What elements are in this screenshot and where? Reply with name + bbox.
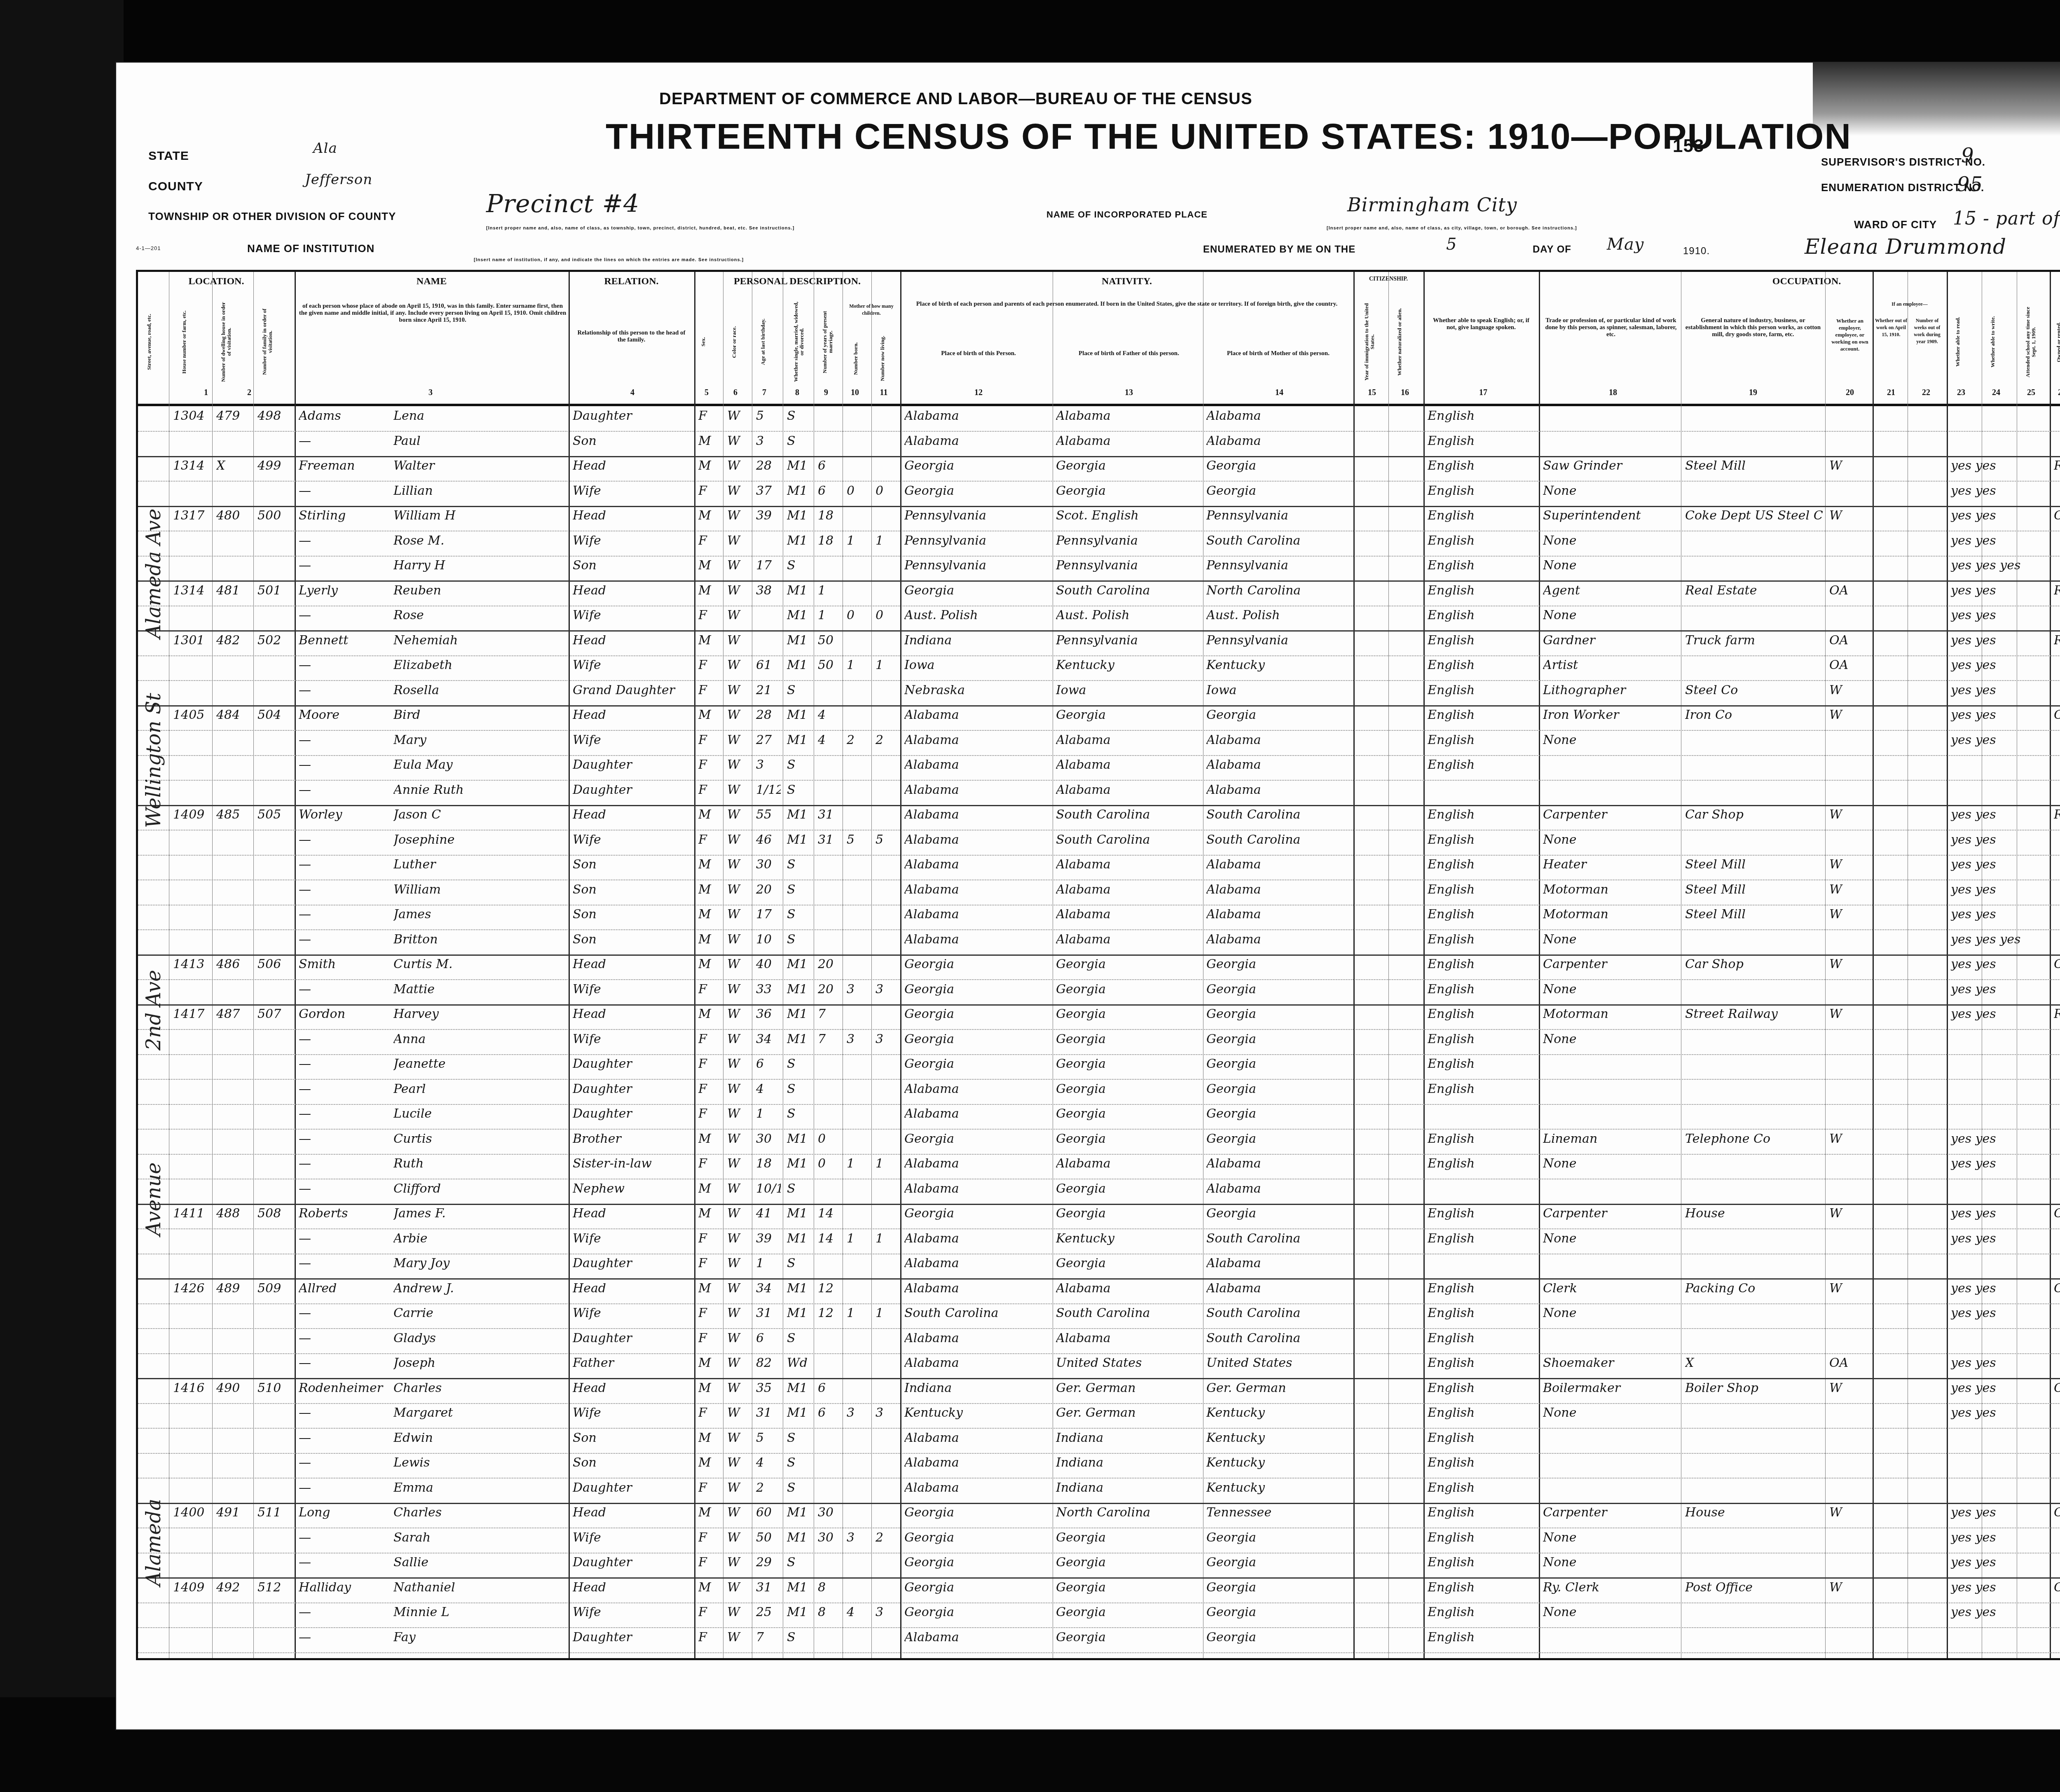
cell-bm: Georgia: [1206, 957, 1351, 977]
col-num-1: 1: [198, 388, 214, 398]
cell-own: R H: [2054, 1007, 2060, 1027]
hdr-birth-mother: Place of birth of Mother of this person.: [1205, 350, 1351, 357]
group-name: NAME: [295, 276, 569, 287]
cell-bm: Alabama: [1206, 1256, 1351, 1276]
cell-family: [257, 1057, 293, 1076]
cell-relation: Son: [573, 558, 692, 578]
cell-dwelling: 481: [216, 583, 251, 603]
cell-industry: [1685, 1181, 1823, 1201]
cell-emp: [1829, 1231, 1870, 1251]
margin-street-note-4: Avenue: [142, 1050, 165, 1236]
cell-marital: M1: [787, 1580, 814, 1600]
cell-relation: Head: [573, 508, 692, 528]
table-row: —Rose M.WifeFWM11811PennsylvaniaPennsylv…: [138, 531, 2060, 557]
cell-lang: English: [1428, 1356, 1537, 1376]
township-value: Precinct #4: [486, 189, 639, 218]
cell-age: 60: [756, 1505, 781, 1525]
cell-industry: Steel Mill: [1685, 857, 1823, 877]
table-row: 1405484504MooreBirdHeadMW28M14AlabamaGeo…: [138, 705, 2060, 731]
cell-race: W: [727, 683, 750, 703]
cell-living: [875, 1181, 898, 1201]
cell-bf: Georgia: [1056, 484, 1201, 503]
table-row: —RosellaGrand DaughterFW21SNebraskaIowaI…: [138, 681, 2060, 707]
cell-age: 10: [756, 932, 781, 952]
cell-marital: M1: [787, 1007, 814, 1027]
cell-surname: —: [299, 558, 393, 578]
cell-given: Arbie: [393, 1231, 566, 1251]
cell-born: [847, 583, 869, 603]
cell-read: [1951, 1032, 2048, 1052]
table-row: 1304479498AdamsLenaDaughterFW5SAlabamaAl…: [138, 406, 2060, 432]
cell-bp: Alabama: [904, 708, 1051, 728]
cell-emp: W: [1829, 907, 1870, 927]
cell-family: [257, 1132, 293, 1151]
cell-read: yes yes: [1951, 957, 2048, 977]
cell-ym: [818, 882, 840, 902]
cell-marital: M1: [787, 1032, 814, 1052]
cell-own: [2054, 1082, 2060, 1102]
cell-trade: Carpenter: [1543, 1206, 1679, 1226]
cell-age: 34: [756, 1032, 781, 1052]
cell-living: [875, 558, 898, 578]
cell-bp: Nebraska: [904, 683, 1051, 703]
cell-bm: North Carolina: [1206, 583, 1351, 603]
cell-bp: Georgia: [904, 1580, 1051, 1600]
cell-read: yes yes: [1951, 1132, 2048, 1151]
hdr-language: Whether able to speak English; or, if no…: [1428, 317, 1535, 331]
cell-race: W: [727, 1580, 750, 1600]
cell-family: [257, 1231, 293, 1251]
cell-born: [847, 758, 869, 777]
cell-sex: M: [698, 1580, 721, 1600]
cell-race: W: [727, 1455, 750, 1475]
col-num-24: 24: [1988, 388, 2004, 398]
cell-trade: Carpenter: [1543, 807, 1679, 827]
cell-sex: M: [698, 708, 721, 728]
cell-relation: Head: [573, 459, 692, 478]
col-num-25: 25: [2023, 388, 2039, 398]
scan-border-left: [0, 0, 124, 1792]
cell-own: O M H: [2054, 1381, 2060, 1401]
cell-lang: English: [1428, 1381, 1537, 1401]
cell-given: Rosella: [393, 683, 566, 703]
cell-dwelling: [216, 1356, 251, 1376]
cell-ym: [818, 409, 840, 428]
cell-given: Charles: [393, 1505, 566, 1525]
institution-instruction: [Insert name of institution, if any, and…: [474, 257, 744, 262]
cell-bp: Alabama: [904, 833, 1051, 852]
cell-race: W: [727, 484, 750, 503]
cell-dwelling: 486: [216, 957, 251, 977]
cell-marital: M1: [787, 608, 814, 628]
cell-lang: [1428, 1107, 1537, 1126]
table-row: —ElizabethWifeFW61M15011IowaKentuckyKent…: [138, 655, 2060, 681]
cell-race: W: [727, 533, 750, 553]
cell-relation: Son: [573, 932, 692, 952]
cell-sex: M: [698, 1356, 721, 1376]
cell-given: Carrie: [393, 1306, 566, 1326]
cell-race: W: [727, 1530, 750, 1550]
cell-own: R H: [2054, 459, 2060, 478]
cell-bm: Georgia: [1206, 1132, 1351, 1151]
cell-read: yes yes: [1951, 882, 2048, 902]
cell-surname: Allred: [299, 1281, 393, 1301]
cell-race: W: [727, 783, 750, 802]
col-num-12: 12: [970, 388, 987, 398]
cell-relation: Wife: [573, 1231, 692, 1251]
cell-living: [875, 459, 898, 478]
cell-house: [173, 434, 210, 454]
cell-trade: Saw Grinder: [1543, 459, 1679, 478]
cell-emp: [1829, 608, 1870, 628]
cell-bm: South Carolina: [1206, 1306, 1351, 1326]
cell-age: 38: [756, 583, 781, 603]
col-num-6: 6: [727, 388, 744, 398]
cell-industry: [1685, 1306, 1823, 1326]
cell-family: 509: [257, 1281, 293, 1301]
cell-read: [1951, 1181, 2048, 1201]
cell-given: Harry H: [393, 558, 566, 578]
table-row: —MattieWifeFW33M12033GeorgiaGeorgiaGeorg…: [138, 980, 2060, 1006]
cell-bm: Georgia: [1206, 1032, 1351, 1052]
cell-relation: Father: [573, 1356, 692, 1376]
cell-given: Harvey: [393, 1007, 566, 1027]
cell-living: [875, 1206, 898, 1226]
cell-age: 39: [756, 508, 781, 528]
cell-born: [847, 807, 869, 827]
cell-dwelling: 487: [216, 1007, 251, 1027]
cell-sex: M: [698, 957, 721, 977]
cell-living: [875, 1057, 898, 1076]
cell-own: [2054, 1356, 2060, 1376]
cell-emp: OA: [1829, 1356, 1870, 1376]
cell-dwelling: 479: [216, 409, 251, 428]
cell-industry: Steel Mill: [1685, 882, 1823, 902]
cell-own: [2054, 1630, 2060, 1650]
cell-living: [875, 633, 898, 653]
cell-race: W: [727, 1356, 750, 1376]
table-row: —GladysDaughterFW6SAlabamaAlabamaSouth C…: [138, 1329, 2060, 1354]
cell-sex: F: [698, 1555, 721, 1575]
cell-industry: [1685, 982, 1823, 1002]
cell-surname: —: [299, 434, 393, 454]
cell-marital: S: [787, 683, 814, 703]
cell-own: [2054, 833, 2060, 852]
cell-marital: S: [787, 1082, 814, 1102]
cell-ym: 7: [818, 1007, 840, 1027]
cell-surname: —: [299, 1306, 393, 1326]
cell-age: 35: [756, 1381, 781, 1401]
cell-house: [173, 833, 210, 852]
cell-given: Jeanette: [393, 1057, 566, 1076]
day-of-label: DAY OF: [1533, 244, 1571, 255]
cell-living: 2: [875, 733, 898, 753]
cell-bf: Georgia: [1056, 1181, 1201, 1201]
cell-bm: South Carolina: [1206, 833, 1351, 852]
cell-born: [847, 1481, 869, 1500]
cell-ym: 20: [818, 982, 840, 1002]
cell-bf: Georgia: [1056, 459, 1201, 478]
cell-ym: 7: [818, 1032, 840, 1052]
cell-living: [875, 758, 898, 777]
cell-bp: Alabama: [904, 758, 1051, 777]
hdr-out-of-work: Whether out of work on April 15, 1910.: [1875, 317, 1908, 338]
cell-bf: Georgia: [1056, 1555, 1201, 1575]
cell-relation: Daughter: [573, 1555, 692, 1575]
cell-bm: Georgia: [1206, 1007, 1351, 1027]
cell-own: [2054, 1132, 2060, 1151]
cell-relation: Wife: [573, 833, 692, 852]
cell-bp: Kentucky: [904, 1406, 1051, 1425]
cell-ym: 6: [818, 1406, 840, 1425]
page-stamp: 153: [1673, 136, 1704, 157]
cell-trade: Shoemaker: [1543, 1356, 1679, 1376]
cell-own: [2054, 608, 2060, 628]
cell-read: yes yes: [1951, 857, 2048, 877]
cell-trade: None: [1543, 1156, 1679, 1176]
cell-bp: Alabama: [904, 1630, 1051, 1650]
cell-given: Curtis: [393, 1132, 566, 1151]
cell-bp: Alabama: [904, 1181, 1051, 1201]
cell-given: Pearl: [393, 1082, 566, 1102]
cell-own: [2054, 409, 2060, 428]
cell-house: [173, 882, 210, 902]
cell-dwelling: [216, 1107, 251, 1126]
cell-family: [257, 434, 293, 454]
table-row: —RoseWifeFWM1100Aust. PolishAust. Polish…: [138, 606, 2060, 632]
cell-emp: W: [1829, 1206, 1870, 1226]
cell-bp: Georgia: [904, 1032, 1051, 1052]
cell-living: [875, 1455, 898, 1475]
cell-trade: None: [1543, 608, 1679, 628]
cell-read: yes yes: [1951, 508, 2048, 528]
cell-relation: Head: [573, 633, 692, 653]
table-row: —BrittonSonMW10SAlabamaAlabamaAlabamaEng…: [138, 930, 2060, 956]
cell-read: [1951, 434, 2048, 454]
cell-surname: —: [299, 658, 393, 678]
cell-ym: [818, 932, 840, 952]
cell-born: [847, 1630, 869, 1650]
col-num-20: 20: [1842, 388, 1858, 398]
cell-living: [875, 508, 898, 528]
cell-dwelling: [216, 1256, 251, 1276]
cell-bf: Georgia: [1056, 1132, 1201, 1151]
cell-born: [847, 1356, 869, 1376]
cell-race: W: [727, 807, 750, 827]
cell-trade: Heater: [1543, 857, 1679, 877]
cell-industry: Iron Co: [1685, 708, 1823, 728]
hdr-dwelling-no: Number of dwelling house in order of vis…: [220, 301, 232, 383]
cell-family: [257, 1306, 293, 1326]
cell-marital: M1: [787, 508, 814, 528]
cell-given: Reuben: [393, 583, 566, 603]
cell-read: yes yes: [1951, 658, 2048, 678]
cell-industry: [1685, 1082, 1823, 1102]
ward-value: 15 - part of: [1953, 208, 2060, 229]
cell-industry: [1685, 533, 1823, 553]
cell-bp: Georgia: [904, 1505, 1051, 1525]
cell-own: R H: [2054, 583, 2060, 603]
cell-trade: None: [1543, 1032, 1679, 1052]
cell-sex: F: [698, 1082, 721, 1102]
cell-bp: Alabama: [904, 1256, 1051, 1276]
cell-bf: Georgia: [1056, 708, 1201, 728]
cell-lang: English: [1428, 833, 1537, 852]
cell-given: William: [393, 882, 566, 902]
cell-family: 512: [257, 1580, 293, 1600]
cell-lang: English: [1428, 1530, 1537, 1550]
cell-own: [2054, 932, 2060, 952]
cell-bm: South Carolina: [1206, 1331, 1351, 1351]
cell-race: W: [727, 882, 750, 902]
cell-bm: United States: [1206, 1356, 1351, 1376]
cell-lang: English: [1428, 1431, 1537, 1450]
cell-house: [173, 533, 210, 553]
table-row: 1314481501LyerlyReubenHeadMW38M11Georgia…: [138, 581, 2060, 606]
cell-dwelling: [216, 1057, 251, 1076]
cell-emp: OA: [1829, 583, 1870, 603]
hdr-owned: Owned or rented.: [2056, 301, 2060, 383]
cell-surname: —: [299, 907, 393, 927]
cell-lang: English: [1428, 533, 1537, 553]
cell-bf: Iowa: [1056, 683, 1201, 703]
table-row: —MargaretWifeFW31M1633KentuckyGer. Germa…: [138, 1403, 2060, 1429]
cell-own: O M H: [2054, 957, 2060, 977]
cell-race: W: [727, 1630, 750, 1650]
cell-read: [1951, 1082, 2048, 1102]
col-num-21: 21: [1883, 388, 1899, 398]
cell-ym: [818, 1481, 840, 1500]
cell-relation: Nephew: [573, 1181, 692, 1201]
cell-bp: Alabama: [904, 1231, 1051, 1251]
cell-race: W: [727, 1181, 750, 1201]
cell-dwelling: [216, 434, 251, 454]
cell-surname: —: [299, 882, 393, 902]
cell-bm: Georgia: [1206, 1630, 1351, 1650]
cell-own: [2054, 1306, 2060, 1326]
cell-own: [2054, 1530, 2060, 1550]
cell-surname: Bennett: [299, 633, 393, 653]
cell-lang: English: [1428, 1331, 1537, 1351]
cell-industry: House: [1685, 1505, 1823, 1525]
cell-born: [847, 1580, 869, 1600]
cell-lang: English: [1428, 1580, 1537, 1600]
table-row: —EdwinSonMW5SAlabamaIndianaKentuckyEngli…: [138, 1428, 2060, 1454]
cell-emp: [1829, 1057, 1870, 1076]
cell-marital: S: [787, 758, 814, 777]
cell-dwelling: [216, 1032, 251, 1052]
cell-living: 1: [875, 1156, 898, 1176]
cell-dwelling: 482: [216, 633, 251, 653]
cell-born: 1: [847, 533, 869, 553]
census-table: LOCATION. NAME RELATION. PERSONAL DESCRI…: [136, 270, 2060, 1660]
cell-bf: Georgia: [1056, 1206, 1201, 1226]
cell-race: W: [727, 1331, 750, 1351]
cell-own: [2054, 658, 2060, 678]
cell-relation: Head: [573, 1505, 692, 1525]
cell-surname: Adams: [299, 409, 393, 428]
cell-family: [257, 1082, 293, 1102]
cell-read: yes yes: [1951, 1206, 2048, 1226]
cell-dwelling: [216, 1156, 251, 1176]
cell-dwelling: [216, 1406, 251, 1425]
cell-dwelling: X: [216, 459, 251, 478]
cell-given: Bird: [393, 708, 566, 728]
cell-born: [847, 1206, 869, 1226]
cell-lang: English: [1428, 807, 1537, 827]
cell-dwelling: [216, 1555, 251, 1575]
cell-emp: [1829, 1306, 1870, 1326]
cell-marital: M1: [787, 1281, 814, 1301]
cell-relation: Son: [573, 434, 692, 454]
cell-surname: —: [299, 1530, 393, 1550]
cell-industry: [1685, 783, 1823, 802]
table-row: 1314X499FreemanWalterHeadMW28M16GeorgiaG…: [138, 456, 2060, 482]
cell-lang: English: [1428, 1281, 1537, 1301]
cell-trade: Clerk: [1543, 1281, 1679, 1301]
cell-surname: —: [299, 1156, 393, 1176]
cell-house: [173, 1107, 210, 1126]
cell-given: Charles: [393, 1381, 566, 1401]
cell-race: W: [727, 833, 750, 852]
cell-race: W: [727, 1256, 750, 1276]
cell-age: 7: [756, 1630, 781, 1650]
department-heading: DEPARTMENT OF COMMERCE AND LABOR—BUREAU …: [659, 90, 1252, 108]
cell-ym: [818, 1181, 840, 1201]
cell-own: [2054, 484, 2060, 503]
cell-industry: [1685, 1406, 1823, 1425]
cell-family: [257, 1630, 293, 1650]
cell-industry: Boiler Shop: [1685, 1381, 1823, 1401]
cell-marital: M1: [787, 1231, 814, 1251]
county-value: Jefferson: [305, 171, 372, 188]
cell-relation: Head: [573, 1281, 692, 1301]
cell-given: James F.: [393, 1206, 566, 1226]
cell-born: [847, 434, 869, 454]
cell-ym: 6: [818, 484, 840, 503]
cell-trade: [1543, 1630, 1679, 1650]
cell-house: [173, 608, 210, 628]
cell-ym: [818, 1555, 840, 1575]
cell-bf: Kentucky: [1056, 658, 1201, 678]
cell-own: [2054, 1406, 2060, 1425]
cell-emp: OA: [1829, 633, 1870, 653]
cell-race: W: [727, 1132, 750, 1151]
cell-dwelling: [216, 1630, 251, 1650]
cell-lang: English: [1428, 1455, 1537, 1475]
cell-family: [257, 1481, 293, 1500]
cell-given: Nehemiah: [393, 633, 566, 653]
cell-read: yes yes: [1951, 833, 2048, 852]
cell-ym: 12: [818, 1306, 840, 1326]
cell-ym: [818, 857, 840, 877]
cell-emp: [1829, 434, 1870, 454]
cell-born: [847, 783, 869, 802]
cell-bm: Alabama: [1206, 857, 1351, 877]
enumerated-label: ENUMERATED BY ME ON THE: [1203, 244, 1355, 255]
cell-bf: South Carolina: [1056, 1306, 1201, 1326]
cell-trade: [1543, 758, 1679, 777]
cell-lang: English: [1428, 857, 1537, 877]
cell-age: 82: [756, 1356, 781, 1376]
cell-given: Paul: [393, 434, 566, 454]
cell-surname: Long: [299, 1505, 393, 1525]
cell-sex: M: [698, 1381, 721, 1401]
cell-sex: M: [698, 633, 721, 653]
cell-marital: S: [787, 857, 814, 877]
cell-sex: F: [698, 683, 721, 703]
cell-house: [173, 1455, 210, 1475]
